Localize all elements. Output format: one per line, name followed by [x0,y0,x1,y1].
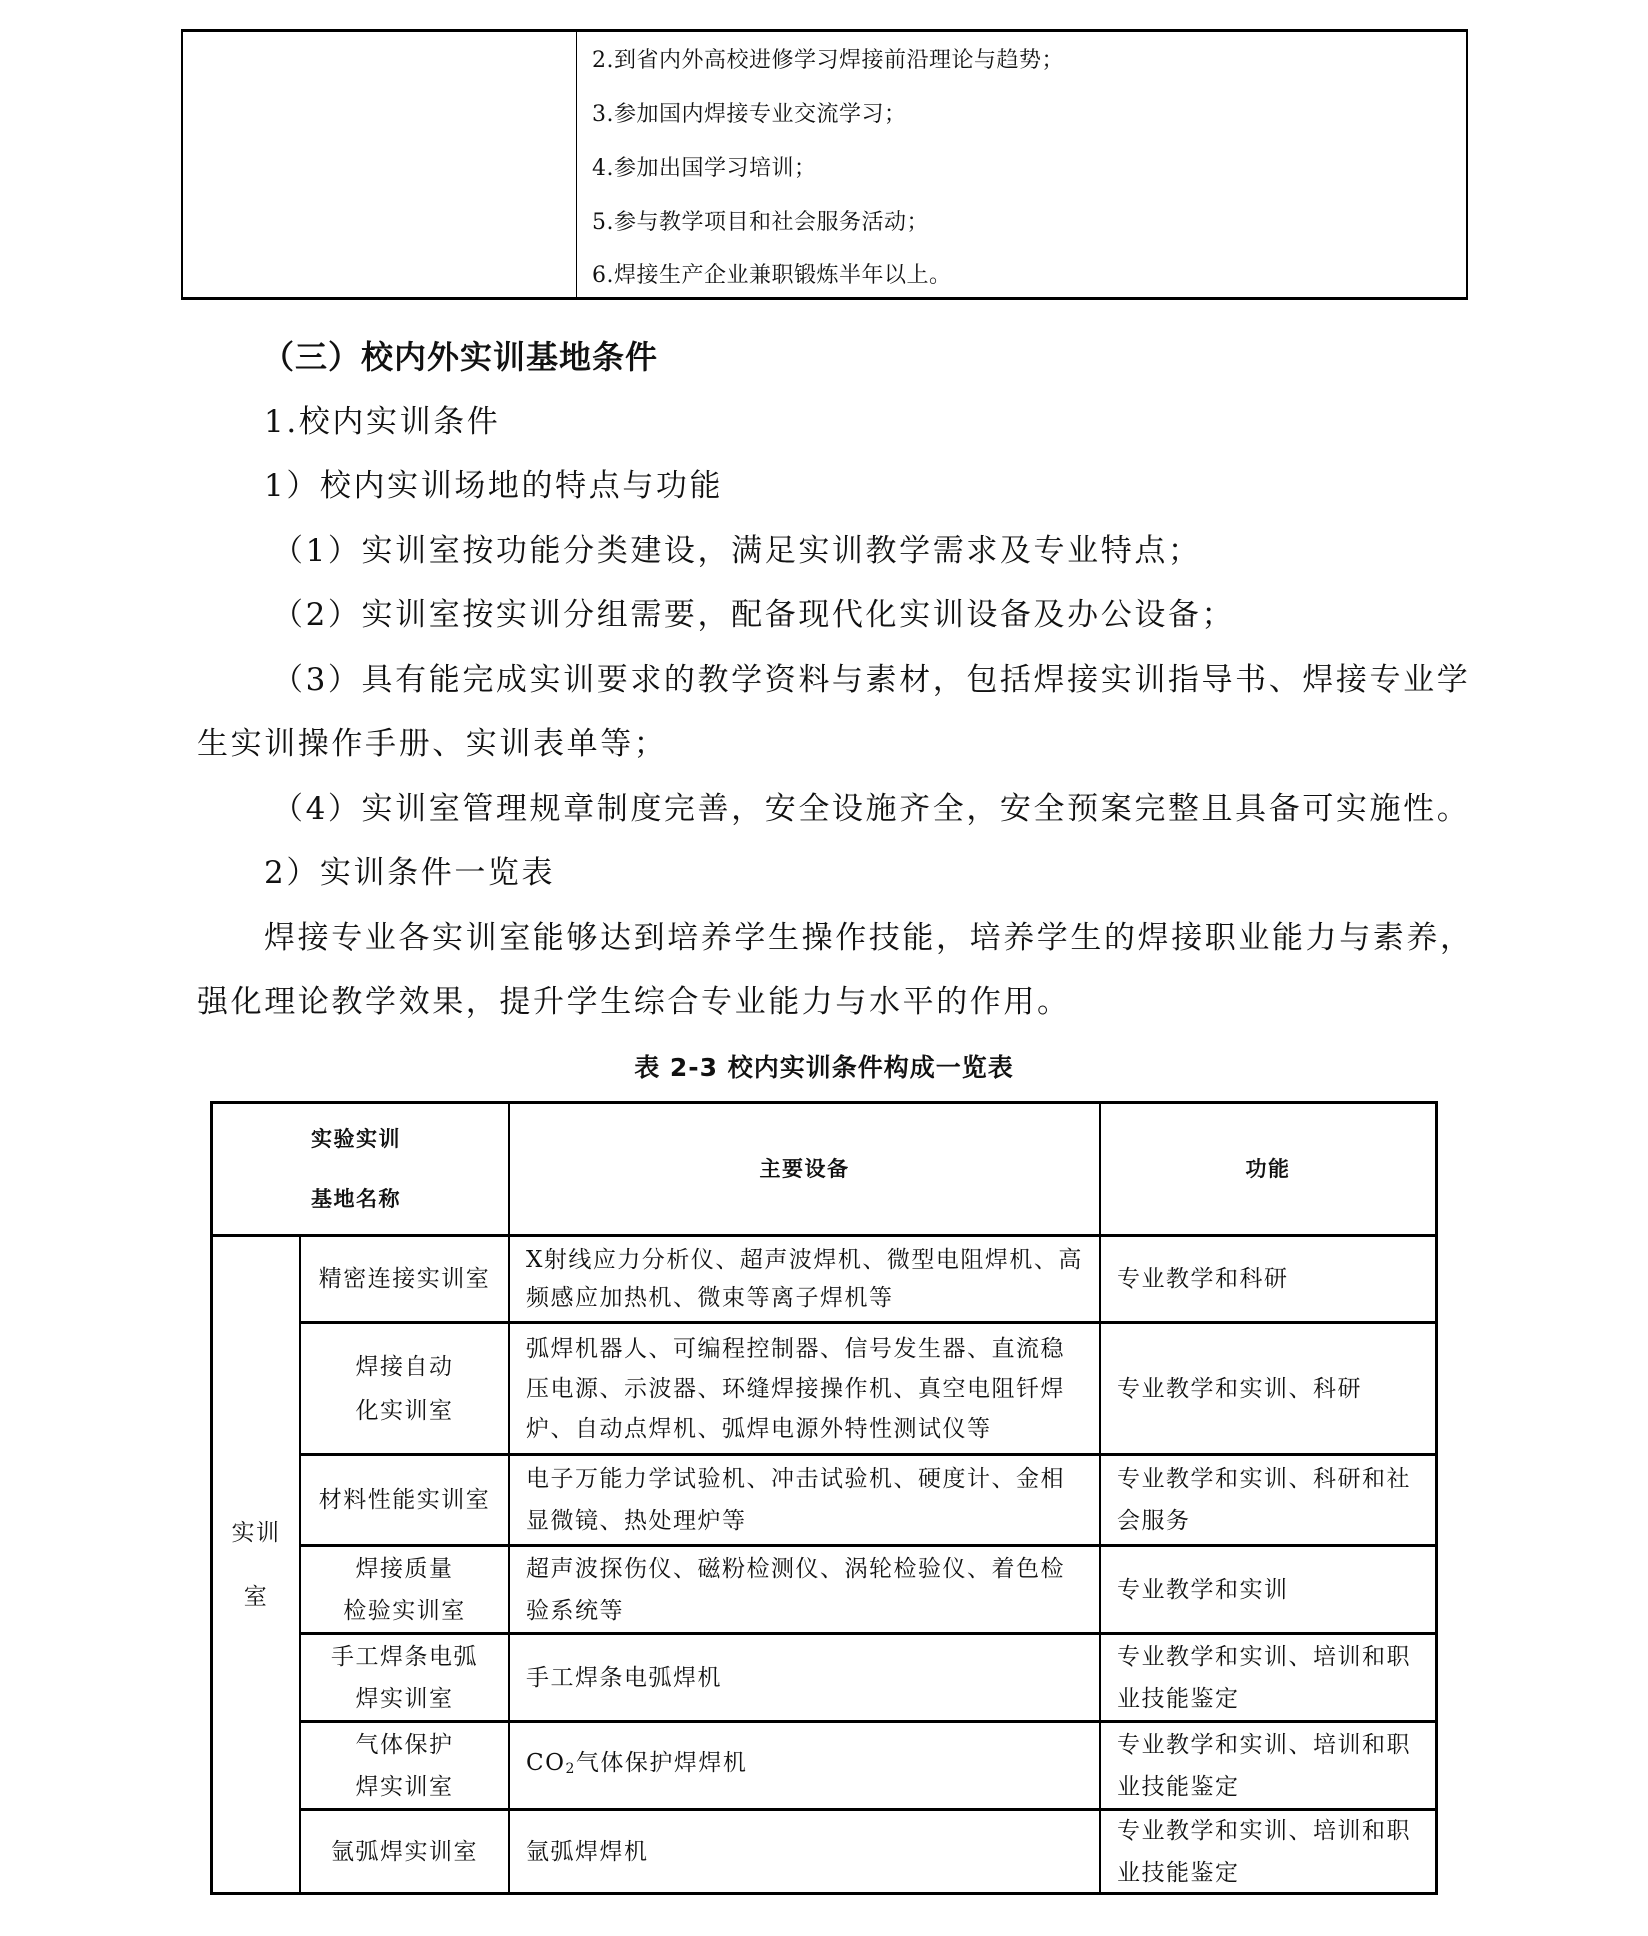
equipment-line: 炉、自动点焊机、弧焊电源外特性测试仪等 [526,1409,1087,1449]
table-caption: 表 2-3 校内实训条件构成一览表 [0,1052,1648,1084]
header-function-label: 功能 [1246,1139,1291,1199]
room-name: 焊实训室 [356,1678,454,1720]
equipment-line: 超声波探伤仪、磁粉检测仪、涡轮检验仪、着色检 [526,1548,1087,1590]
equipment-line: 压电源、示波器、环缝焊接操作机、真空电阻钎焊 [526,1369,1087,1409]
table-row-2-equipment: 弧焊机器人、可编程控制器、信号发生器、直流稳 压电源、示波器、环缝焊接操作机、真… [510,1324,1099,1453]
equipment-line: 弧焊机器人、可编程控制器、信号发生器、直流稳 [526,1329,1087,1369]
table-row-6-equipment: CO2气体保护焊焊机 [510,1723,1099,1808]
equipment-line: CO2气体保护焊焊机 [526,1745,1087,1787]
function-line: 专业教学和实训、培训和职 [1117,1636,1423,1678]
subheading-campus-training: 1.校内实训条件 [264,402,500,442]
table-row-5-function: 专业教学和实训、培训和职 业技能鉴定 [1101,1635,1435,1720]
function-line: 业技能鉴定 [1117,1852,1423,1894]
paragraph-item-3-cont: 生实训操作手册、实训表单等； [197,724,667,764]
equipment-line: 频感应加热机、微束等离子焊机等 [526,1279,1087,1317]
training-plan-table: 2.到省内外高校进修学习焊接前沿理论与趋势； 3.参加国内焊接专业交流学习； 4… [181,29,1468,300]
room-name: 焊接自动 [356,1345,454,1389]
room-name: 材料性能实训室 [319,1482,491,1518]
equipment-line: 验系统等 [526,1590,1087,1632]
function-line: 专业教学和实训、科研和社 [1117,1458,1423,1500]
equipment-line: 电子万能力学试验机、冲击试验机、硬度计、金相 [526,1458,1087,1500]
room-name: 检验实训室 [343,1590,466,1632]
paragraph-item-2: （2）实训室按实训分组需要，配备现代化实训设备及办公设备； [272,595,1235,635]
group-label-line1: 实训 [232,1501,281,1565]
table-row-6-function: 专业教学和实训、培训和职 业技能鉴定 [1101,1723,1435,1808]
table-row-6-name: 气体保护 焊实训室 [301,1723,508,1808]
paragraph-summary: 焊接专业各实训室能够达到培养学生操作技能，培养学生的焊接职业能力与素养， [264,918,1474,958]
plan-item-2: 2.到省内外高校进修学习焊接前沿理论与趋势； [592,47,1064,75]
group-label-line2: 室 [244,1565,269,1629]
function-line: 会服务 [1117,1500,1423,1542]
table-row-7-function: 专业教学和实训、培训和职 业技能鉴定 [1101,1811,1435,1892]
group-label-training-room: 实训 室 [213,1237,299,1892]
equipment-line: 显微镜、热处理炉等 [526,1500,1087,1542]
header-function: 功能 [1101,1104,1435,1234]
function-line: 专业教学和实训、科研 [1117,1371,1423,1407]
table-row-7-equipment: 氩弧焊焊机 [510,1811,1099,1892]
function-line: 业技能鉴定 [1117,1766,1423,1808]
co2-subscript: 2 [565,1761,575,1777]
table-row-5-name: 手工焊条电弧 焊实训室 [301,1635,508,1720]
subheading-site-features: 1）校内实训场地的特点与功能 [264,466,723,506]
table-row-1-name: 精密连接实训室 [301,1237,508,1321]
paragraph-item-1: （1）实训室按功能分类建设，满足实训教学需求及专业特点； [272,531,1202,571]
header-base-name-line2: 基地名称 [311,1169,508,1229]
table-row-2-function: 专业教学和实训、科研 [1101,1324,1435,1453]
equipment-line: X射线应力分析仪、超声波焊机、微型电阻焊机、高 [526,1241,1087,1279]
training-conditions-table: 实验实训 基地名称 主要设备 功能 实训 室 精密连接实训室 X射线应力分析仪、… [210,1101,1438,1895]
equipment-line: 手工焊条电弧焊机 [526,1660,1087,1696]
function-line: 专业教学和实训 [1117,1572,1423,1608]
table-row-2-name: 焊接自动 化实训室 [301,1324,508,1453]
room-name: 手工焊条电弧 [331,1636,478,1678]
subheading-conditions-list: 2）实训条件一览表 [264,853,555,893]
plan-item-3: 3.参加国内焊接专业交流学习； [592,101,907,129]
table-row-4-function: 专业教学和实训 [1101,1547,1435,1632]
function-line: 专业教学和实训、培训和职 [1117,1810,1423,1852]
function-line: 专业教学和科研 [1117,1261,1423,1297]
room-name: 焊实训室 [356,1766,454,1808]
header-equipment-label: 主要设备 [760,1139,850,1199]
table-row-3-equipment: 电子万能力学试验机、冲击试验机、硬度计、金相 显微镜、热处理炉等 [510,1456,1099,1544]
header-equipment: 主要设备 [510,1104,1099,1234]
plan-item-6: 6.焊接生产企业兼职锻炼半年以上。 [592,262,952,290]
table-row-4-equipment: 超声波探伤仪、磁粉检测仪、涡轮检验仪、着色检 验系统等 [510,1547,1099,1632]
table-row-1-function: 专业教学和科研 [1101,1237,1435,1321]
equipment-line: 氩弧焊焊机 [526,1834,1087,1870]
equipment-text: 气体保护焊焊机 [576,1750,748,1776]
function-line: 专业教学和实训、培训和职 [1117,1724,1423,1766]
header-base-name-line1: 实验实训 [311,1109,508,1169]
room-name: 化实训室 [356,1389,454,1433]
plan-item-5: 5.参与教学项目和社会服务活动； [592,209,929,237]
paragraph-item-4: （4）实训室管理规章制度完善，安全设施齐全，安全预案完整且具备可实施性。 [272,789,1470,829]
table-row-3-name: 材料性能实训室 [301,1456,508,1544]
function-line: 业技能鉴定 [1117,1678,1423,1720]
paragraph-item-3: （3）具有能完成实训要求的教学资料与素材，包括焊接实训指导书、焊接专业学 [272,660,1470,700]
table-row-4-name: 焊接质量 检验实训室 [301,1547,508,1632]
table-row-5-equipment: 手工焊条电弧焊机 [510,1635,1099,1720]
column-divider [576,32,577,297]
room-name: 焊接质量 [356,1548,454,1590]
room-name: 精密连接实训室 [319,1261,491,1297]
header-base-name: 实验实训 基地名称 [213,1104,508,1234]
table-row-3-function: 专业教学和实训、科研和社 会服务 [1101,1456,1435,1544]
plan-item-4: 4.参加出国学习培训； [592,155,817,183]
section-heading: （三）校内外实训基地条件 [262,337,658,377]
table-row-1-equipment: X射线应力分析仪、超声波焊机、微型电阻焊机、高 频感应加热机、微束等离子焊机等 [510,1237,1099,1321]
paragraph-summary-cont: 强化理论教学效果，提升学生综合专业能力与水平的作用。 [197,982,1071,1022]
room-name: 气体保护 [356,1724,454,1766]
room-name: 氩弧焊实训室 [331,1834,478,1870]
co2-formula: CO [526,1750,565,1776]
table-row-7-name: 氩弧焊实训室 [301,1811,508,1892]
